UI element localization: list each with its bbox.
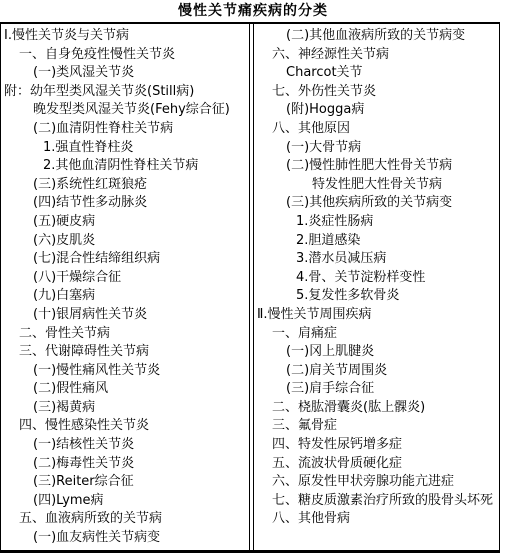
- classification-line: (九)白塞病: [1, 287, 249, 306]
- classification-line: (三)褐黄病: [1, 399, 249, 418]
- classification-line: (一)慢性痛风性关节炎: [1, 362, 249, 381]
- classification-line: (附)Hogga病: [254, 101, 499, 120]
- classification-line: 2.其他血清阴性脊柱关节病: [1, 157, 249, 176]
- classification-line: 七、糖皮质激素治疗所致的股骨头坏死: [254, 492, 499, 511]
- classification-line: (四)结节性多动脉炎: [1, 194, 249, 213]
- classification-line: (三)系统性红斑狼疮: [1, 176, 249, 195]
- classification-line: 三、氟骨症: [254, 417, 499, 436]
- classification-line: 特发性肥大性骨关节病: [254, 176, 499, 195]
- right-column: (二)其他血液病所致的关节病变六、神经源性关节病Charcot关节七、外伤性关节…: [253, 24, 499, 550]
- classification-line: 二、骨性关节病: [1, 325, 249, 344]
- classification-line: (一)结核性关节炎: [1, 436, 249, 455]
- classification-line: 八、其他骨病: [254, 510, 499, 529]
- classification-line: Charcot关节: [254, 64, 499, 83]
- classification-line: 三、代谢障碍性关节病: [1, 343, 249, 362]
- classification-line: (六)皮肌炎: [1, 232, 249, 251]
- left-column: Ⅰ.慢性关节炎与关节病一、自身免疫性慢性关节炎(一)类风湿关节炎附：幼年型类风湿…: [1, 24, 250, 550]
- classification-table: Ⅰ.慢性关节炎与关节病一、自身免疫性慢性关节炎(一)类风湿关节炎附：幼年型类风湿…: [0, 22, 500, 553]
- classification-line: (三)肩手综合征: [254, 380, 499, 399]
- classification-line: 2.胆道感染: [254, 232, 499, 251]
- classification-line: 晚发型类风湿关节炎(Fehy综合征): [1, 101, 249, 120]
- classification-line: 二、桡肱滑囊炎(肱上髁炎): [254, 399, 499, 418]
- classification-line: (四)Lyme病: [1, 492, 249, 511]
- classification-line: (三)Reiter综合征: [1, 473, 249, 492]
- classification-line: Ⅱ.慢性关节周围疾病: [254, 306, 499, 325]
- classification-line: (七)混合性结缔组织病: [1, 250, 249, 269]
- classification-line: 四、特发性尿钙增多症: [254, 436, 499, 455]
- classification-line: (二)假性痛风: [1, 380, 249, 399]
- classification-line: (二)血清阴性脊柱关节病: [1, 120, 249, 139]
- classification-line: (二)慢性肺性肥大性骨关节病: [254, 157, 499, 176]
- classification-line: 一、自身免疫性慢性关节炎: [1, 46, 249, 65]
- classification-line: (二)梅毒性关节炎: [1, 455, 249, 474]
- classification-line: 六、神经源性关节病: [254, 46, 499, 65]
- classification-line: 5.复发性多软骨炎: [254, 287, 499, 306]
- classification-line: (二)肩关节周围炎: [254, 362, 499, 381]
- classification-line: (一)大骨节病: [254, 139, 499, 158]
- classification-line: 六、原发性甲状旁腺功能亢进症: [254, 473, 499, 492]
- classification-line: 五、流波状骨质硬化症: [254, 455, 499, 474]
- classification-line: 1.强直性脊柱炎: [1, 139, 249, 158]
- classification-line: 4.骨、关节淀粉样变性: [254, 269, 499, 288]
- classification-line: (十)银屑病性关节炎: [1, 306, 249, 325]
- classification-line: 五、血液病所致的关节病: [1, 510, 249, 529]
- classification-line: (五)硬皮病: [1, 213, 249, 232]
- classification-line: (二)其他血液病所致的关节病变: [254, 27, 499, 46]
- classification-line: (八)干燥综合征: [1, 269, 249, 288]
- classification-line: 1.炎症性肠病: [254, 213, 499, 232]
- classification-line: 附：幼年型类风湿关节炎(Still病): [1, 83, 249, 102]
- classification-line: (一)血友病性关节病变: [1, 529, 249, 548]
- classification-line: 四、慢性感染性关节炎: [1, 417, 249, 436]
- classification-line: 七、外伤性关节炎: [254, 83, 499, 102]
- classification-line: (三)其他疾病所致的关节病变: [254, 194, 499, 213]
- classification-line: Ⅰ.慢性关节炎与关节病: [1, 27, 249, 46]
- classification-line: (一)冈上肌腱炎: [254, 343, 499, 362]
- classification-line: (一)类风湿关节炎: [1, 64, 249, 83]
- page-title: 慢性关节痛疾病的分类: [0, 0, 506, 22]
- classification-line: 八、其他原因: [254, 120, 499, 139]
- classification-line: 3.潜水员减压病: [254, 250, 499, 269]
- classification-line: 一、肩痛症: [254, 325, 499, 344]
